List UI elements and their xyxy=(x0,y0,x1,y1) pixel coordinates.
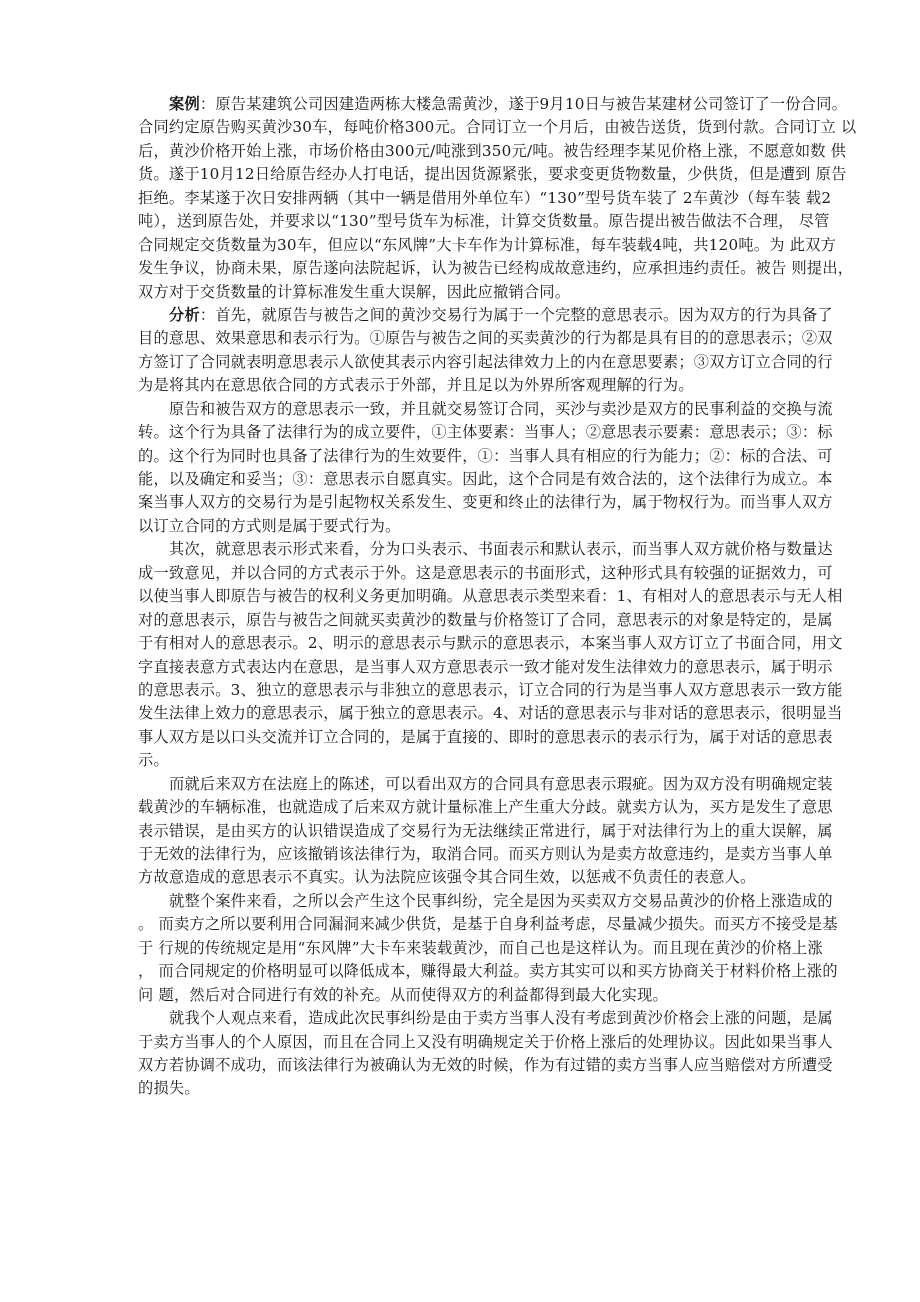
text-line: 于 行规的传统规定是用“东风牌”大卡车来装载黄沙，而自己也是这样认为。而且现在黄… xyxy=(138,937,894,960)
paragraph-analysis: 分析：首先，就原告与被告之间的黄沙交易行为属于一个完整的意思表示。因为双方的行为… xyxy=(138,304,894,398)
text-line: 于有相对人的意思表示。2、明示的意思表示与默示的意思表示，本案当事人双方订立了书… xyxy=(138,632,894,655)
paragraph-personal-opinion: 就我个人观点来看，造成此次民事纠纷是由于卖方当事人没有考虑到黄沙价格会上涨的问题… xyxy=(138,1007,894,1101)
text-line: 示。 xyxy=(138,749,894,772)
text-line: 成一致意见，并以合同的方式表示于外。这是意思表示的书面形式，这种形式具有较强的证… xyxy=(138,562,894,585)
paragraph-expression-forms: 其次，就意思表示形式来看，分为口头表示、书面表示和默认表示，而当事人双方就价格与… xyxy=(138,538,894,772)
text-line: 以使当事人即原告与被告的权利义务更加明确。从意思表示类型来看：1、有相对人的意思… xyxy=(138,585,894,608)
text-line: 对的意思表示，原告与被告之间就买卖黄沙的数量与价格签订了合同，意思表示的对象是特… xyxy=(138,609,894,632)
text-line: 发生法律上效力的意思表示，属于独立的意思表示。4、对话的意思表示与非对话的意思表… xyxy=(138,702,894,725)
text-line: 能，以及确定和妥当；③：意思表示自愿真实。因此，这个合同是有效合法的，这个法律行… xyxy=(138,468,894,491)
section-label-analysis: 分析 xyxy=(169,306,200,324)
text-line: 其次，就意思表示形式来看，分为口头表示、书面表示和默认表示，而当事人双方就价格与… xyxy=(138,538,894,561)
text-line: 于无效的法律行为，应该撤销该法律行为，取消合同。而买方则认为是卖方故意违约，是卖… xyxy=(138,843,894,866)
text-line: 的意思表示。3、独立的意思表示与非独立的意思表示，订立合同的行为是当事人双方意思… xyxy=(138,679,894,702)
text-line: 方签订了合同就表明意思表示人欲使其表示内容引起法律效力上的内在意思要素；③双方订… xyxy=(138,351,894,374)
text-line: 货。遂于10月12日给原告经办人打电话，提出因货源紧张，要求变更货物数量，少供货… xyxy=(138,163,894,186)
text-line: 表示错误，是由买方的认识错误造成了交易行为无法继续正常进行，属于对法律行为上的重… xyxy=(138,820,894,843)
text-line: 合同规定交货数量为30车，但应以“东风牌”大卡车作为计算标准，每车装载4吨，共1… xyxy=(138,234,894,257)
text-line: 双方对于交货数量的计算标准发生重大误解，因此应撤销合同。 xyxy=(138,281,894,304)
text-line: 问 题，然后对合同进行有效的补充。从而使得双方的利益都得到最大化实现。 xyxy=(138,984,894,1007)
text-line: 分析：首先，就原告与被告之间的黄沙交易行为属于一个完整的意思表示。因为双方的行为… xyxy=(138,304,894,327)
text-line: 发生争议，协商未果，原告遂向法院起诉，认为被告已经构成故意违约，应承担违约责任。… xyxy=(138,257,894,280)
text-line: 拒绝。李某遂于次日安排两辆（其中一辆是借用外单位车）“130”型号货车装了 2车… xyxy=(138,187,894,210)
text-line: 原告和被告双方的意思表示一致，并且就交易签订合同，买沙与卖沙是双方的民事利益的交… xyxy=(138,398,894,421)
paragraph-court-statements: 而就后来双方在法庭上的陈述，可以看出双方的合同具有意思表示瑕疵。因为双方没有明确… xyxy=(138,773,894,890)
text-line: 而就后来双方在法庭上的陈述，可以看出双方的合同具有意思表示瑕疵。因为双方没有明确… xyxy=(138,773,894,796)
text-line: 目的意思、效果意思和表示行为。①原告与被告之间的买卖黄沙的行为都是具有目的的意思… xyxy=(138,327,894,350)
text-line: 载黄沙的车辆标准，也就造成了后来双方就计量标准上产生重大分歧。就卖方认为，买方是… xyxy=(138,796,894,819)
text-line: 以订立合同的方式则是属于要式行为。 xyxy=(138,515,894,538)
section-label-case: 案例 xyxy=(169,95,200,113)
text-line: 的。这个行为同时也具备了法律行为的生效要件，①：当事人具有相应的行为能力；②：标… xyxy=(138,445,894,468)
paragraph-case: 案例：原告某建筑公司因建造两栋大楼急需黄沙，遂于9月10日与被告某建材公司签订了… xyxy=(138,93,894,304)
text-line: 就我个人观点来看，造成此次民事纠纷是由于卖方当事人没有考虑到黄沙价格会上涨的问题… xyxy=(138,1007,894,1030)
document-body: 案例：原告某建筑公司因建造两栋大楼急需黄沙，遂于9月10日与被告某建材公司签订了… xyxy=(138,93,894,1101)
text-line: 为是将其内在意思依合同的方式表示于外部，并且足以为外界所客观理解的行为。 xyxy=(138,374,894,397)
text-line: 于卖方当事人的个人原因，而且在合同上又没有明确规定关于价格上涨后的处理协议。因此… xyxy=(138,1031,894,1054)
text-line: 。 而卖方之所以要利用合同漏洞来减少供货，是基于自身利益考虑，尽量减少损失。而买… xyxy=(138,913,894,936)
text-line: 吨），送到原告处，并要求以“130”型号货车为标准，计算交货数量。原告提出被告做… xyxy=(138,210,894,233)
text-line: 案当事人双方的交易行为是引起物权关系发生、变更和终止的法律行为，属于物权行为。而… xyxy=(138,491,894,514)
text-line: 后，黄沙价格开始上涨，市场价格由300元/吨涨到350元/吨。被告经理李某见价格… xyxy=(138,140,894,163)
text-line: 合同约定原告购买黄沙30车，每吨价格300元。合同订立一个月后，由被告送货，货到… xyxy=(138,116,894,139)
text-line: 案例：原告某建筑公司因建造两栋大楼急需黄沙，遂于9月10日与被告某建材公司签订了… xyxy=(138,93,894,116)
text-line: 双方若协调不成功，而该法律行为被确认为无效的时候，作为有过错的卖方当事人应当赔偿… xyxy=(138,1054,894,1077)
paragraph-legal-act-elements: 原告和被告双方的意思表示一致，并且就交易签订合同，买沙与卖沙是双方的民事利益的交… xyxy=(138,398,894,539)
text-line: 的损失。 xyxy=(138,1077,894,1100)
text-line: 就整个案件来看，之所以会产生这个民事纠纷，完全是因为买卖双方交易品黄沙的价格上涨… xyxy=(138,890,894,913)
text-line: 字直接表意方式表达内在意思，是当事人双方意思表示一致才能对发生法律效力的意思表示… xyxy=(138,656,894,679)
text-line: 方故意造成的意思表示不真实。认为法院应该强令其合同生效，以惩戒不负责任的表意人。 xyxy=(138,866,894,889)
paragraph-dispute-cause: 就整个案件来看，之所以会产生这个民事纠纷，完全是因为买卖双方交易品黄沙的价格上涨… xyxy=(138,890,894,1007)
text-line: 事人双方是以口头交流并订立合同的，是属于直接的、即时的意思表示的表示行为，属于对… xyxy=(138,726,894,749)
text-line: ， 而合同规定的价格明显可以降低成本，赚得最大利益。卖方其实可以和买方协商关于材… xyxy=(138,960,894,983)
text-line: 转。这个行为具备了法律行为的成立要件，①主体要素：当事人；②意思表示要素：意思表… xyxy=(138,421,894,444)
